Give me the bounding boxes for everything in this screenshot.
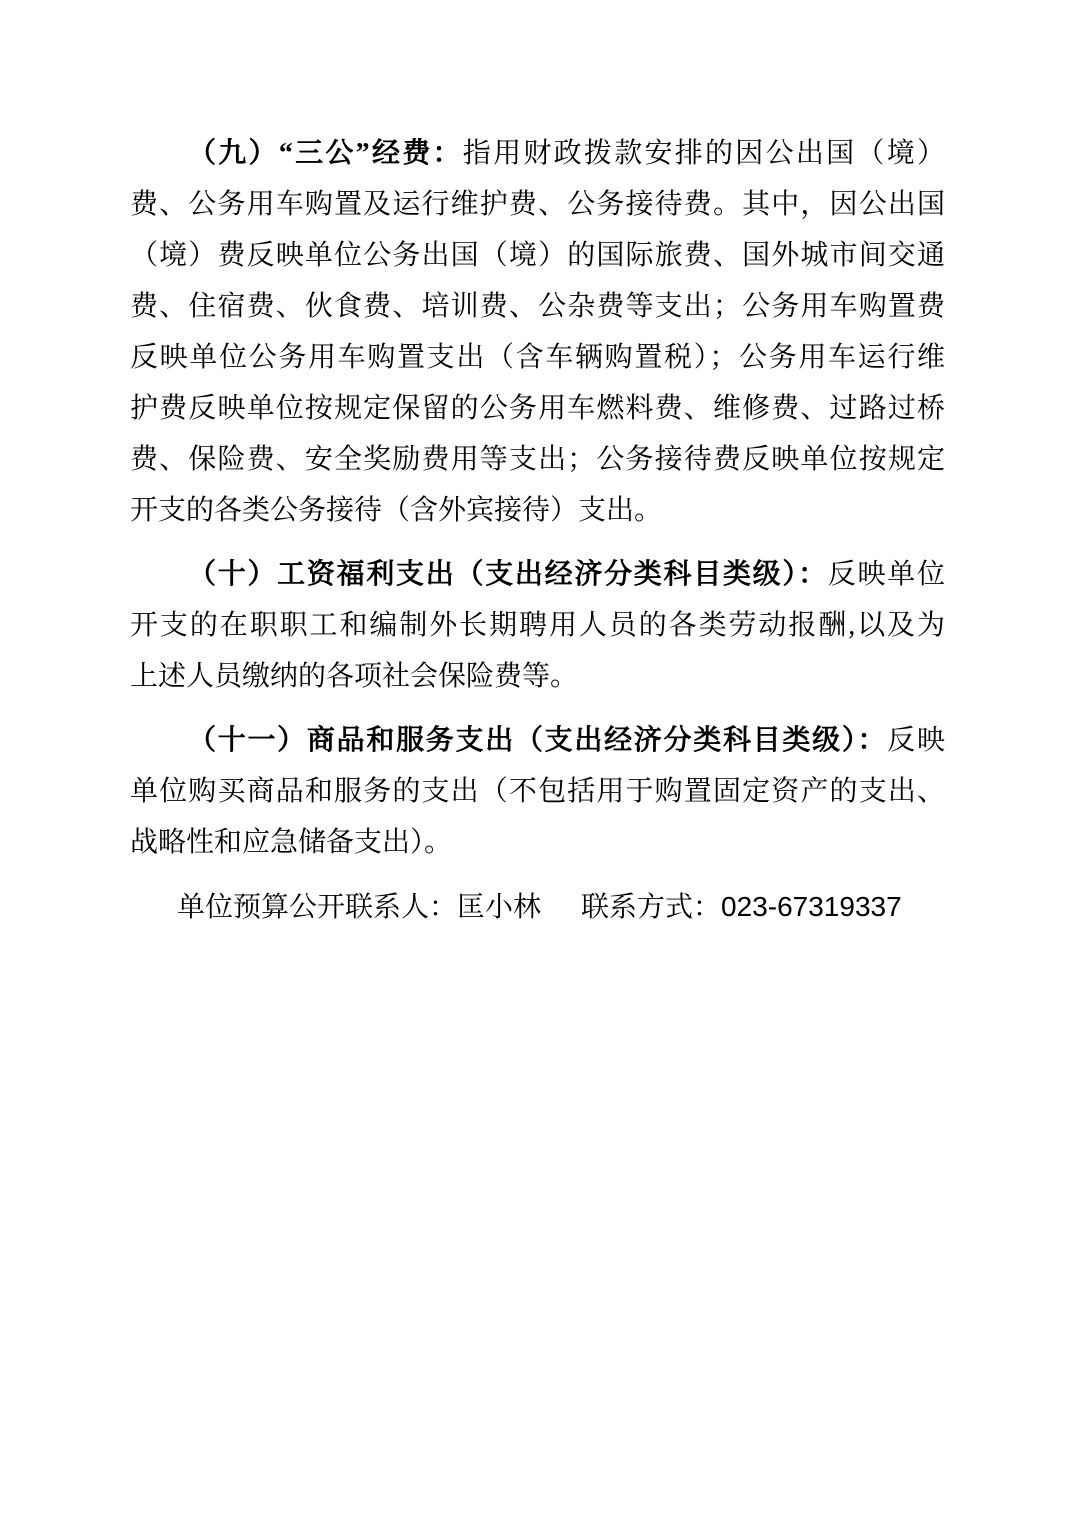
text-line: 战略性和应急储备支出）。	[130, 817, 945, 868]
text-line: 单位购买商品和服务的支出（不包括用于购置固定资产的支出、	[130, 766, 945, 817]
document-page: （九）“三公”经费：指用财政拨款安排的因公出国（境） 费、公务用车购置及运行维护…	[0, 0, 1075, 1520]
contact-phone-number: 023-67319337	[721, 891, 902, 922]
text-line: （十）工资福利支出（支出经济分类科目类级）：反映单位	[130, 549, 945, 600]
text-line: 费、保险费、安全奖励费用等支出；公务接待费反映单位按规定	[130, 434, 945, 485]
section-9-paragraph: （九）“三公”经费：指用财政拨款安排的因公出国（境） 费、公务用车购置及运行维护…	[130, 128, 945, 536]
text-line: 开支的各类公务接待（含外宾接待）支出。	[130, 485, 945, 536]
text-line: 护费反映单位按规定保留的公务用车燃料费、维修费、过路过桥	[130, 383, 945, 434]
text-line: 费、住宿费、伙食费、培训费、公杂费等支出；公务用车购置费	[130, 281, 945, 332]
text-line: 反映单位公务用车购置支出（含车辆购置税）；公务用车运行维	[130, 332, 945, 383]
text-line: （九）“三公”经费：指用财政拨款安排的因公出国（境）	[130, 128, 945, 179]
section-11-heading: （十一）商品和服务支出（支出经济分类科目类级）：	[188, 725, 887, 756]
text-line: 上述人员缴纳的各项社会保险费等。	[130, 651, 945, 702]
section-10-heading: （十）工资福利支出（支出经济分类科目类级）：	[188, 559, 828, 590]
contact-phone-label: 联系方式：	[581, 892, 721, 923]
text-line: （十一）商品和服务支出（支出经济分类科目类级）：反映	[130, 715, 945, 766]
section-10-paragraph: （十）工资福利支出（支出经济分类科目类级）：反映单位 开支的在职职工和编制外长期…	[130, 549, 945, 702]
body-text: 指用财政拨款安排的因公出国（境）	[463, 138, 945, 169]
contact-person-name: 匡小林	[457, 892, 541, 923]
text-line: 费、公务用车购置及运行维护费、公务接待费。其中，因公出国	[130, 179, 945, 230]
text-line: （境）费反映单位公务出国（境）的国际旅费、国外城市间交通	[130, 230, 945, 281]
text-line: 开支的在职职工和编制外长期聘用人员的各类劳动报酬,以及为	[130, 600, 945, 651]
section-9-heading: （九）“三公”经费：	[188, 138, 463, 169]
body-text: 反映单位	[828, 559, 945, 590]
body-text: 反映	[887, 725, 945, 756]
contact-line: 单位预算公开联系人：匡小林联系方式：023-67319337	[130, 881, 945, 932]
section-11-paragraph: （十一）商品和服务支出（支出经济分类科目类级）：反映 单位购买商品和服务的支出（…	[130, 715, 945, 868]
contact-person-label: 单位预算公开联系人：	[177, 892, 457, 923]
